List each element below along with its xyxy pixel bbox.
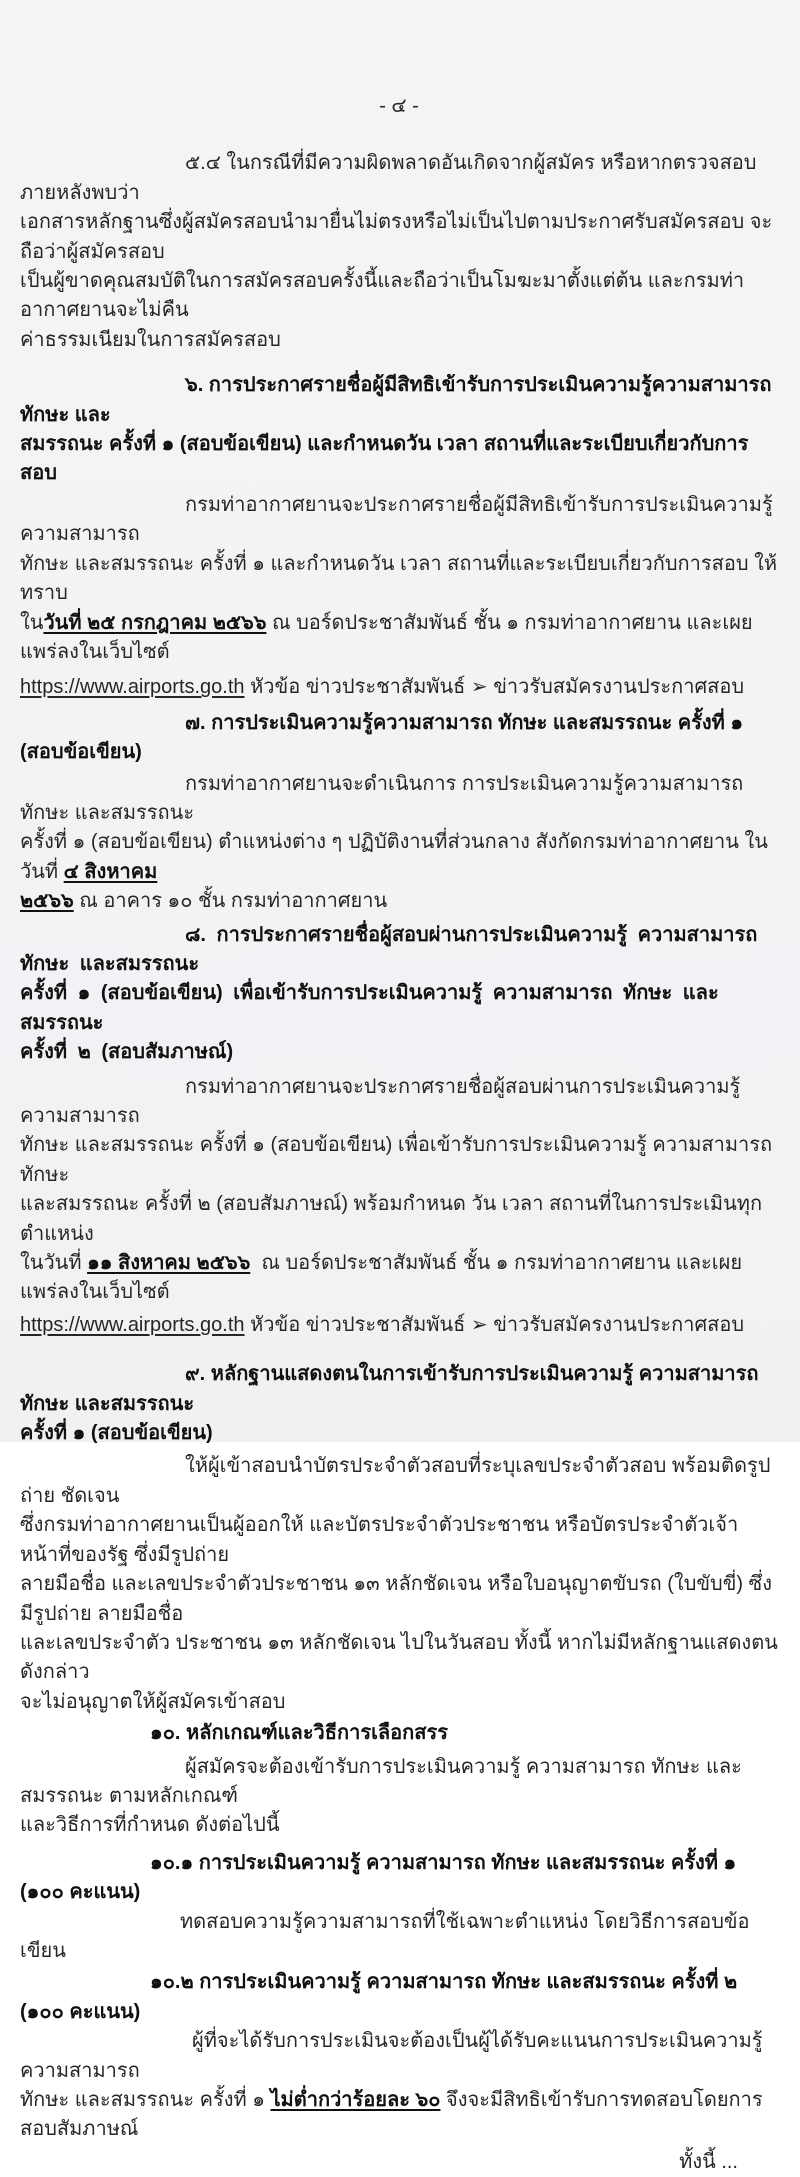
text-line: ๖. การประกาศรายชื่อผู้มีสิทธิเข้ารับการป… — [20, 371, 778, 430]
underlined-text: https://www.airports.go.th — [20, 676, 245, 698]
website-line-1: https://www.airports.go.th หัวข้อ ข่าวปร… — [20, 673, 778, 702]
arrow-right-icon: ➢ — [471, 1314, 488, 1336]
underlined-text: วันที่ ๒๕ กรกฎาคม ๒๕๖๖ — [43, 612, 266, 634]
text-line: ทักษะ และสมรรถนะ ครั้งที่ ๑ (สอบข้อเขียน… — [20, 1131, 778, 1190]
text-line: ค่าธรรมเนียมในการสมัครสอบ — [20, 326, 778, 355]
underlined-text: ๑๑ สิงหาคม ๒๕๖๖ — [87, 1252, 250, 1274]
text-line: กรมท่าอากาศยานจะประกาศรายชื่อผู้สอบผ่านก… — [20, 1073, 778, 1132]
section-9-paragraph: ให้ผู้เข้าสอบนำบัตรประจำตัวสอบที่ระบุเลข… — [20, 1452, 778, 1460]
underlined-text: ๒๕๖๖ — [20, 890, 74, 912]
text-line: เป็นผู้ขาดคุณสมบัติในการสมัครสอบครั้งนี้… — [20, 267, 778, 326]
text-run: ๖. การประกาศรายชื่อผู้มีสิทธิเข้ารับการป… — [20, 374, 777, 425]
text-run: ทักษะ และสมรรถนะ ครั้งที่ ๑ และกำหนดวัน … — [20, 553, 777, 604]
text-run: สมรรถนะ ครั้งที่ ๑ (สอบข้อเขียน) และกำหน… — [20, 433, 748, 484]
text-run: - ๔ - — [379, 95, 419, 117]
text-run: หัวข้อ ข่าวประชาสัมพันธ์ — [245, 676, 471, 698]
text-run: ครั้งที่ ๑ (สอบข้อเขียน) — [20, 1422, 213, 1444]
text-line: เอกสารหลักฐานซึ่งผู้สมัครสอบนำมายื่นไม่ต… — [20, 208, 778, 267]
section-8-paragraph: กรมท่าอากาศยานจะประกาศรายชื่อผู้สอบผ่านก… — [20, 1073, 778, 1308]
text-line: และสมรรถนะ ครั้งที่ ๒ (สอบสัมภาษณ์) พร้อ… — [20, 1190, 778, 1249]
text-run: ค่าธรรมเนียมในการสมัครสอบ — [20, 329, 281, 351]
text-line: ๕.๔ ในกรณีที่มีความผิดพลาดอันเกิดจากผู้ส… — [20, 149, 778, 208]
text-line: https://www.airports.go.th หัวข้อ ข่าวปร… — [20, 1311, 778, 1340]
section-6-paragraph: กรมท่าอากาศยานจะประกาศรายชื่อผู้มีสิทธิเ… — [20, 491, 778, 667]
text-run: ณ อาคาร ๑๐ ชั้น กรมท่าอากาศยาน — [74, 890, 387, 912]
document-body: - ๔ -๕.๔ ในกรณีที่มีความผิดพลาดอันเกิดจา… — [20, 0, 778, 1460]
clause-5-4-paragraph: ๕.๔ ในกรณีที่มีความผิดพลาดอันเกิดจากผู้ส… — [20, 149, 778, 355]
underlined-text: https://www.airports.go.th — [20, 1314, 245, 1336]
text-run: ๗. การประเมินความรู้ความสามารถ ทักษะ และ… — [20, 712, 749, 763]
section-8-heading: ๘. การประกาศรายชื่อผู้สอบผ่านการประเมินค… — [20, 921, 778, 1068]
text-line: https://www.airports.go.th หัวข้อ ข่าวปร… — [20, 673, 778, 702]
text-run: ทักษะ และสมรรถนะ ครั้งที่ ๑ (สอบข้อเขียน… — [20, 1134, 778, 1185]
text-line: - ๔ - — [20, 92, 778, 121]
text-line: ครั้งที่ ๑ (สอบข้อเขียน) — [20, 1419, 778, 1448]
text-line: สมรรถนะ ครั้งที่ ๑ (สอบข้อเขียน) และกำหน… — [20, 430, 778, 489]
arrow-right-icon: ➢ — [471, 676, 488, 698]
underlined-text: ๔ สิงหาคม — [64, 861, 158, 883]
text-line: ๙. หลักฐานแสดงตนในการเข้ารับการประเมินคว… — [20, 1360, 778, 1419]
text-line: ครั้งที่ ๑ (สอบข้อเขียน) ตำแหน่งต่าง ๆ ป… — [20, 828, 778, 887]
section-7-paragraph: กรมท่าอากาศยานจะดำเนินการ การประเมินความ… — [20, 770, 778, 917]
text-run: ๘. การประกาศรายชื่อผู้สอบผ่านการประเมินค… — [20, 924, 768, 975]
text-line: ในวันที่ ๒๕ กรกฎาคม ๒๕๖๖ ณ บอร์ดประชาสัม… — [20, 609, 778, 668]
section-6-heading: ๖. การประกาศรายชื่อผู้มีสิทธิเข้ารับการป… — [20, 371, 778, 489]
text-line: ๘. การประกาศรายชื่อผู้สอบผ่านการประเมินค… — [20, 921, 778, 980]
text-line: กรมท่าอากาศยานจะประกาศรายชื่อผู้มีสิทธิเ… — [20, 491, 778, 550]
text-line: ครั้งที่ ๑ (สอบข้อเขียน) เพื่อเข้ารับการ… — [20, 979, 778, 1038]
text-line: ครั้งที่ ๒ (สอบสัมภาษณ์) — [20, 1038, 778, 1067]
text-line: ๒๕๖๖ ณ อาคาร ๑๐ ชั้น กรมท่าอากาศยาน — [20, 887, 778, 916]
text-line: ทักษะ และสมรรถนะ ครั้งที่ ๑ และกำหนดวัน … — [20, 550, 778, 609]
text-run: ใน — [20, 612, 43, 634]
text-run: ๕.๔ ในกรณีที่มีความผิดพลาดอันเกิดจากผู้ส… — [20, 152, 757, 203]
text-line: ๗. การประเมินความรู้ความสามารถ ทักษะ และ… — [20, 709, 778, 768]
text-run: ครั้งที่ ๒ (สอบสัมภาษณ์) — [20, 1041, 233, 1063]
text-run: ข่าวรับสมัครงานประกาศสอบ — [488, 1314, 744, 1336]
text-line: กรมท่าอากาศยานจะดำเนินการ การประเมินความ… — [20, 770, 778, 829]
text-run: กรมท่าอากาศยานจะประกาศรายชื่อผู้สอบผ่านก… — [20, 1076, 746, 1127]
website-line-2: https://www.airports.go.th หัวข้อ ข่าวปร… — [20, 1311, 778, 1340]
text-run: และสมรรถนะ ครั้งที่ ๒ (สอบสัมภาษณ์) พร้อ… — [20, 1193, 762, 1244]
text-run: หัวข้อ ข่าวประชาสัมพันธ์ — [245, 1314, 471, 1336]
text-run: กรมท่าอากาศยานจะดำเนินการ การประเมินความ… — [20, 773, 749, 824]
text-run: ในวันที่ — [20, 1252, 87, 1274]
document-page: - ๔ -๕.๔ ในกรณีที่มีความผิดพลาดอันเกิดจา… — [0, 0, 800, 1442]
text-run: ๙. หลักฐานแสดงตนในการเข้ารับการประเมินคว… — [20, 1363, 764, 1414]
text-line: ให้ผู้เข้าสอบนำบัตรประจำตัวสอบที่ระบุเลข… — [20, 1452, 778, 1460]
text-run: กรมท่าอากาศยานจะประกาศรายชื่อผู้มีสิทธิเ… — [20, 494, 773, 545]
section-7-heading: ๗. การประเมินความรู้ความสามารถ ทักษะ และ… — [20, 709, 778, 768]
text-run: เป็นผู้ขาดคุณสมบัติในการสมัครสอบครั้งนี้… — [20, 270, 744, 321]
text-run: เอกสารหลักฐานซึ่งผู้สมัครสอบนำมายื่นไม่ต… — [20, 211, 772, 262]
text-run: ให้ผู้เข้าสอบนำบัตรประจำตัวสอบที่ระบุเลข… — [20, 1455, 770, 1460]
text-run: ครั้งที่ ๑ (สอบข้อเขียน) เพื่อเข้ารับการ… — [20, 982, 719, 1033]
section-9-heading: ๙. หลักฐานแสดงตนในการเข้ารับการประเมินคว… — [20, 1360, 778, 1448]
page-number: - ๔ - — [20, 92, 778, 121]
text-line: ในวันที่ ๑๑ สิงหาคม ๒๕๖๖ ณ บอร์ดประชาสัม… — [20, 1249, 778, 1308]
text-run: ข่าวรับสมัครงานประกาศสอบ — [488, 676, 744, 698]
